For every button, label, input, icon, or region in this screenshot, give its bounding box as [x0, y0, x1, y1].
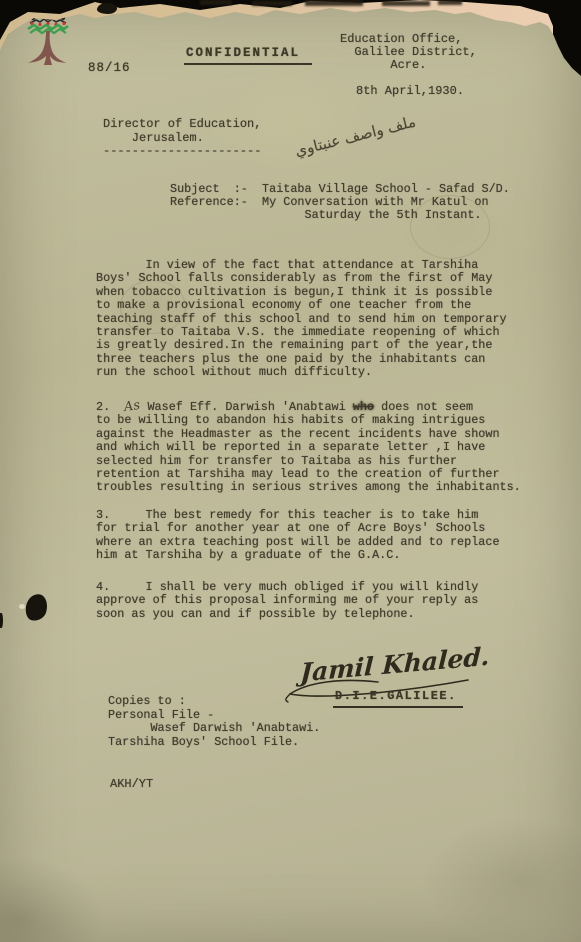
- paper-speck: [19, 604, 25, 609]
- signature-title: D.I.E.GALILEE.: [333, 690, 463, 708]
- struck-out-word: who: [353, 400, 374, 414]
- paper-hole: [23, 592, 49, 623]
- letter-date: 8th April,1930.: [356, 85, 464, 98]
- paper-watermark-ring: [120, 280, 186, 334]
- torn-edge-text-remnant: [305, 0, 363, 6]
- paragraph-2-lines: to be willing to abandon his habits of m…: [96, 413, 521, 494]
- arabic-handwritten-annotation: ملف واصف عنبتاوي: [293, 106, 443, 160]
- edge-mark: [0, 613, 3, 628]
- scanned-letter: { "doc": { "confidential": "CONFIDENTIAL…: [0, 0, 581, 942]
- paper-watermark-ring: [410, 195, 490, 259]
- paragraph-3: 3. The best remedy for this teacher is t…: [96, 509, 500, 563]
- paragraph-4: 4. I shall be very much obliged if you w…: [96, 581, 478, 621]
- torn-edge-text-remnant: [438, 0, 462, 5]
- letterhead-office-address: Education Office, Galilee District, Acre…: [340, 33, 477, 73]
- file-reference-number: 88/16: [88, 62, 131, 75]
- torn-edge-text-remnant: [200, 0, 232, 5]
- archive-tree-logo: [26, 13, 70, 67]
- paragraph-2-text: Wasef Eff. Darwish 'Anabtawi: [140, 400, 352, 414]
- torn-edge-text-remnant: [382, 1, 430, 6]
- letter-page: CONFIDENTIAL 88/16 Education Office, Gal…: [0, 0, 581, 942]
- torn-edge-text-remnant: [252, 1, 292, 6]
- logo-trunk: [28, 31, 67, 65]
- torn-edge-hole: [97, 3, 117, 14]
- paragraph-2: 2. As Wasef Eff. Darwish 'Anabtawi who d…: [96, 400, 521, 495]
- typist-initials: AKH/YT: [110, 778, 153, 791]
- confidential-stamp: CONFIDENTIAL: [184, 47, 312, 65]
- paragraph-2-number: 2.: [96, 400, 124, 414]
- copies-to-block: Copies to : Personal File - Wasef Darwis…: [108, 695, 320, 749]
- handwritten-insert-word: As: [123, 399, 141, 415]
- paragraph-2-text: does not seem: [374, 400, 473, 414]
- recipient-address: Director of Education, Jerusalem. ------…: [103, 118, 261, 159]
